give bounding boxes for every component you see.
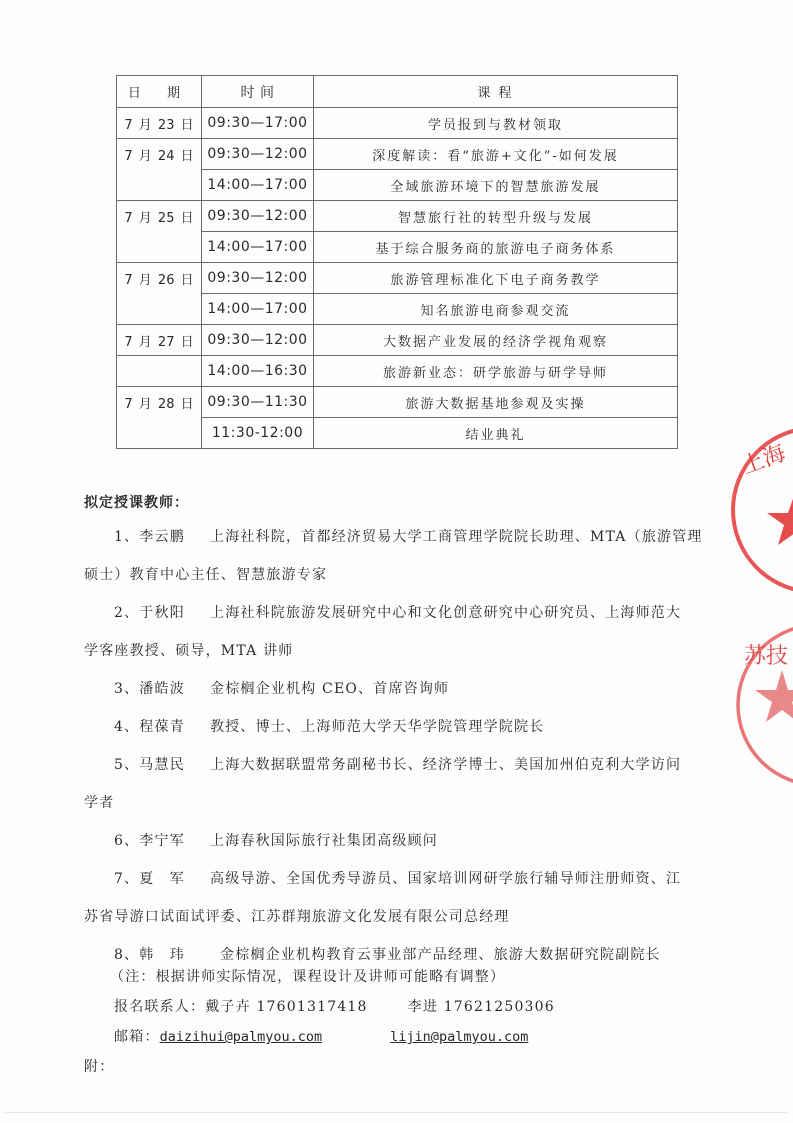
adjustment-note: （注：根据讲师实际情况，课程设计及讲师可能略有调整） bbox=[84, 962, 712, 992]
teacher-name: 3、潘皓波 bbox=[114, 670, 210, 708]
teacher-desc: 上海社科院旅游发展研究中心和文化创意研究中心研究员、上海师范大 bbox=[210, 605, 681, 621]
time-cell: 14:00—17:00 bbox=[202, 294, 314, 325]
teacher-name: 1、李云鹏 bbox=[114, 518, 210, 556]
course-cell: 深度解读：看“旅游+文化”-如何发展 bbox=[314, 139, 678, 170]
time-cell: 09:30—12:00 bbox=[202, 201, 314, 232]
teacher-item-6: 6、李宁军上海春秋国际旅行社集团高级顾问 bbox=[84, 822, 712, 860]
table-row: 14:00—16:30 旅游新业态：研学旅游与研学导师 bbox=[117, 356, 678, 387]
seal-text-top: 上海 bbox=[739, 441, 789, 480]
seal-text-bottom: 苏技 bbox=[744, 644, 788, 669]
contact-label: 报名联系人： bbox=[114, 999, 205, 1015]
header-date: 日 期 bbox=[117, 76, 202, 108]
teacher-desc-cont: 学客座教授、硕导，MTA 讲师 bbox=[84, 632, 712, 670]
teacher-name: 4、程葆青 bbox=[114, 708, 210, 746]
teacher-item-5: 5、马慧民上海大数据联盟常务副秘书长、经济学博士、美国加州伯克利大学访问 学者 bbox=[84, 746, 712, 822]
note-text: （注：根据讲师实际情况，课程设计及讲师可能略有调整） bbox=[84, 962, 712, 992]
course-cell: 全域旅游环境下的智慧旅游发展 bbox=[314, 170, 678, 201]
attachment-label: 附： bbox=[84, 1052, 712, 1082]
teacher-name: 2、于秋阳 bbox=[114, 594, 210, 632]
teacher-desc: 上海社科院，首都经济贸易大学工商管理学院院长助理、MTA（旅游管理 bbox=[210, 529, 703, 545]
course-schedule-table: 日 期 时 间 课 程 7 月 23 日 09:30—17:00 学员报到与教材… bbox=[116, 75, 678, 449]
course-cell: 结业典礼 bbox=[314, 418, 678, 449]
time-cell: 14:00—17:00 bbox=[202, 170, 314, 201]
teacher-desc: 金棕榈企业机构 CEO、首席咨询师 bbox=[210, 681, 449, 697]
date-cell bbox=[117, 418, 202, 449]
table-row: 14:00—17:00 全域旅游环境下的智慧旅游发展 bbox=[117, 170, 678, 201]
star-icon bbox=[767, 493, 793, 545]
email-link-2[interactable]: lijin@palmyou.com bbox=[390, 1029, 528, 1045]
teacher-item-3: 3、潘皓波金棕榈企业机构 CEO、首席咨询师 bbox=[84, 670, 712, 708]
teachers-section-title: 拟定授课教师： bbox=[84, 492, 189, 512]
date-cell bbox=[117, 170, 202, 201]
time-cell: 11:30-12:00 bbox=[202, 418, 314, 449]
teacher-desc: 高级导游、全国优秀导游员、国家培训网研学旅行辅导师注册师资、江 bbox=[210, 871, 681, 887]
table-row: 7 月 24 日 09:30—12:00 深度解读：看“旅游+文化”-如何发展 bbox=[117, 139, 678, 170]
date-cell bbox=[117, 294, 202, 325]
attachment-line: 附： bbox=[84, 1052, 712, 1082]
teacher-desc: 金棕榈企业机构教育云事业部产品经理、旅游大数据研究院副院长 bbox=[220, 947, 661, 963]
teacher-item-2: 2、于秋阳上海社科院旅游发展研究中心和文化创意研究中心研究员、上海师范大 学客座… bbox=[84, 594, 712, 670]
date-cell bbox=[117, 356, 202, 387]
teacher-name: 7、夏 军 bbox=[114, 860, 210, 898]
official-seal-bottom: 苏技 bbox=[730, 615, 793, 795]
table-row: 7 月 27 日 09:30—12:00 大数据产业发展的经济学视角观察 bbox=[117, 325, 678, 356]
date-cell: 7 月 24 日 bbox=[117, 139, 202, 170]
star-icon bbox=[755, 670, 793, 722]
table-row: 14:00—17:00 基于综合服务商的旅游电子商务体系 bbox=[117, 232, 678, 263]
time-cell: 14:00—17:00 bbox=[202, 232, 314, 263]
teacher-desc: 上海大数据联盟常务副秘书长、经济学博士、美国加州伯克利大学访问 bbox=[210, 757, 681, 773]
table-row: 7 月 23 日 09:30—17:00 学员报到与教材领取 bbox=[117, 108, 678, 139]
teacher-desc: 上海春秋国际旅行社集团高级顾问 bbox=[210, 833, 438, 849]
table-header-row: 日 期 时 间 课 程 bbox=[117, 76, 678, 108]
teacher-desc-cont: 硕士）教育中心主任、智慧旅游专家 bbox=[84, 556, 712, 594]
course-cell: 旅游管理标准化下电子商务教学 bbox=[314, 263, 678, 294]
contact-person-1: 戴子卉 17601317418 bbox=[205, 999, 367, 1015]
table-row: 14:00—17:00 知名旅游电商参观交流 bbox=[117, 294, 678, 325]
official-seal-top: 上海 bbox=[725, 415, 793, 605]
page-bottom-edge bbox=[5, 1112, 788, 1113]
date-cell: 7 月 28 日 bbox=[117, 387, 202, 418]
course-cell: 旅游新业态：研学旅游与研学导师 bbox=[314, 356, 678, 387]
contact-person-2: 李进 17621250306 bbox=[408, 999, 555, 1015]
header-time: 时 间 bbox=[202, 76, 314, 108]
email-label: 邮箱： bbox=[114, 1029, 160, 1045]
date-cell: 7 月 25 日 bbox=[117, 201, 202, 232]
course-cell: 基于综合服务商的旅游电子商务体系 bbox=[314, 232, 678, 263]
date-cell: 7 月 23 日 bbox=[117, 108, 202, 139]
teacher-desc-cont: 学者 bbox=[84, 784, 712, 822]
table-row: 7 月 28 日 09:30—11:30 旅游大数据基地参观及实操 bbox=[117, 387, 678, 418]
email-line: 邮箱：daizihui@palmyou.comlijin@palmyou.com bbox=[84, 1022, 712, 1052]
header-course: 课 程 bbox=[314, 76, 678, 108]
course-cell: 学员报到与教材领取 bbox=[314, 108, 678, 139]
teacher-name: 5、马慧民 bbox=[114, 746, 210, 784]
teacher-item-7: 7、夏 军高级导游、全国优秀导游员、国家培训网研学旅行辅导师注册师资、江 苏省导… bbox=[84, 860, 712, 936]
table-row: 11:30-12:00 结业典礼 bbox=[117, 418, 678, 449]
contact-line: 报名联系人：戴子卉 17601317418李进 17621250306 bbox=[84, 992, 712, 1022]
date-cell bbox=[117, 232, 202, 263]
date-cell: 7 月 26 日 bbox=[117, 263, 202, 294]
course-cell: 知名旅游电商参观交流 bbox=[314, 294, 678, 325]
time-cell: 09:30—12:00 bbox=[202, 263, 314, 294]
time-cell: 14:00—16:30 bbox=[202, 356, 314, 387]
course-cell: 旅游大数据基地参观及实操 bbox=[314, 387, 678, 418]
time-cell: 09:30—12:00 bbox=[202, 325, 314, 356]
date-cell: 7 月 27 日 bbox=[117, 325, 202, 356]
teacher-name: 6、李宁军 bbox=[114, 822, 210, 860]
time-cell: 09:30—11:30 bbox=[202, 387, 314, 418]
time-cell: 09:30—17:00 bbox=[202, 108, 314, 139]
course-cell: 智慧旅行社的转型升级与发展 bbox=[314, 201, 678, 232]
email-link-1[interactable]: daizihui@palmyou.com bbox=[160, 1029, 323, 1045]
course-cell: 大数据产业发展的经济学视角观察 bbox=[314, 325, 678, 356]
time-cell: 09:30—12:00 bbox=[202, 139, 314, 170]
teacher-desc: 教授、博士、上海师范大学天华学院管理学院院长 bbox=[210, 719, 544, 735]
teacher-item-1: 1、李云鹏上海社科院，首都经济贸易大学工商管理学院院长助理、MTA（旅游管理 硕… bbox=[84, 518, 712, 594]
table-row: 7 月 25 日 09:30—12:00 智慧旅行社的转型升级与发展 bbox=[117, 201, 678, 232]
table-row: 7 月 26 日 09:30—12:00 旅游管理标准化下电子商务教学 bbox=[117, 263, 678, 294]
teacher-item-4: 4、程葆青教授、博士、上海师范大学天华学院管理学院院长 bbox=[84, 708, 712, 746]
teacher-desc-cont: 苏省导游口试面试评委、江苏群翔旅游文化发展有限公司总经理 bbox=[84, 898, 712, 936]
